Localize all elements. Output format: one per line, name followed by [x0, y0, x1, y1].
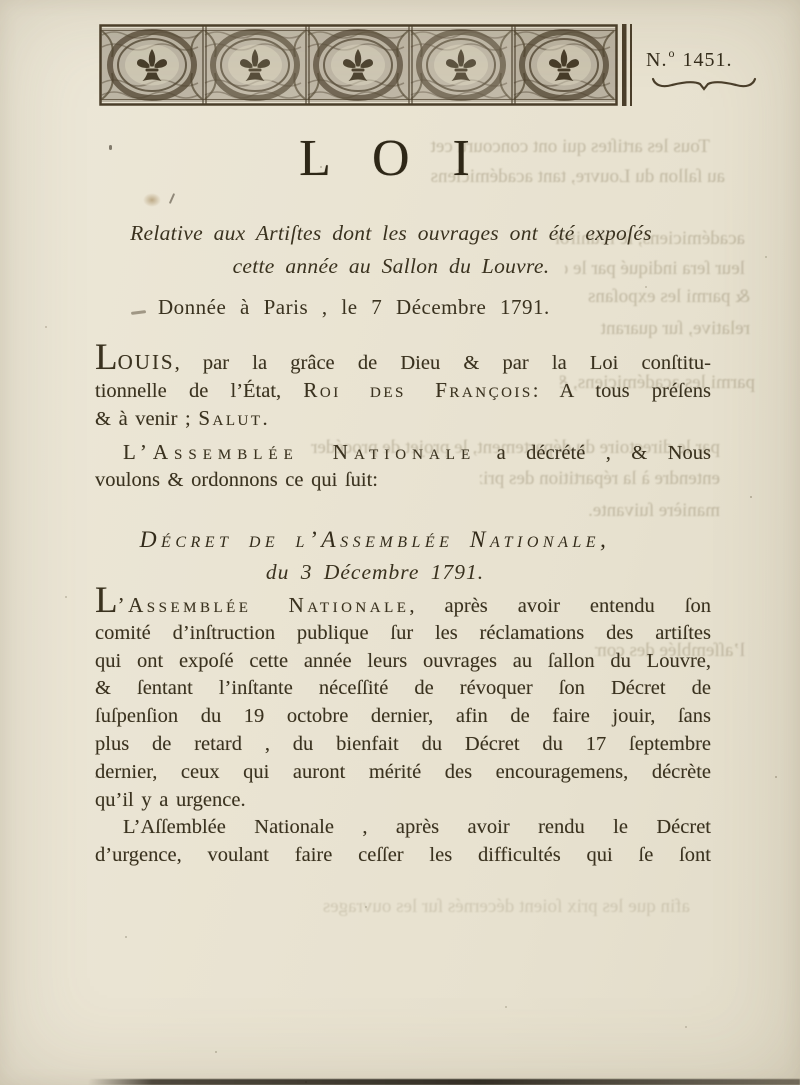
text-line: & ſentant l’inſtante néceſſité de révoqu…	[95, 675, 711, 703]
subtitle-line-1: Relative aux Artiſtes dont les ouvrages …	[83, 217, 699, 250]
decree-intro-paragraph: L’Assemblée Nationale a décrété , & Nous…	[95, 439, 711, 495]
text-run: & à venir ;	[95, 408, 198, 430]
smallcaps-run: L’Assemblée Nationale	[123, 440, 476, 464]
drop-cap: L	[95, 580, 118, 621]
bleedthrough-line: & parmi les expoſans ſeront choiſis	[585, 286, 750, 308]
text-run: tionnelle de l’État,	[95, 380, 303, 402]
text-run: a décrété , & Nous	[476, 442, 711, 464]
ink-dot	[109, 145, 112, 150]
text-line: voulons & ordonnons ce qui ſuit:	[95, 467, 711, 495]
bleedthrough-line: afin que les prix ſoient décernés ſur le…	[130, 896, 690, 918]
smallcaps-run: Roi des François	[303, 378, 532, 402]
smallcaps-run: ’Assemblée Nationale	[118, 593, 410, 617]
bleedthrough-line: manière ſuivante.	[560, 500, 720, 522]
text-run: , par la grâce de Dieu & par la Loi conſ…	[175, 352, 711, 374]
closing-paragraph: L’Aſſemblée Nationale , après avoir rend…	[95, 814, 711, 870]
text-line: L’Assemblée Nationale a décrété , & Nous	[95, 439, 711, 467]
text-line: L’Aſſemblée Nationale , après avoir rend…	[95, 814, 711, 842]
text-line: LOUIS, par la grâce de Dieu & par la Loi…	[95, 349, 711, 377]
text-line: d’urgence, voulant faire ceſſer les diff…	[95, 842, 711, 870]
text-line: dernier, ceux qui auront mérité des enco…	[95, 759, 711, 787]
drop-cap: L	[95, 337, 118, 378]
page-title: L O I	[0, 129, 784, 188]
text-run: .	[263, 408, 268, 430]
ornament-banner-fleur-de-lis	[99, 24, 640, 106]
bleedthrough-line: relative, ſur quarante commiſſaires pris…	[600, 318, 750, 340]
caps-run: OUIS	[118, 350, 175, 374]
decree-heading-line-1: Décret de l’Assemblée Nationale,	[67, 524, 683, 556]
dateline: Donnée à Paris , le 7 Décembre 1791.	[158, 295, 550, 320]
decree-body-paragraph: L’Assemblée Nationale, après avoir enten…	[95, 592, 711, 814]
text-line: comité d’inſtruction publique ſur les ré…	[95, 620, 711, 648]
document-scan: Tous les artiſtes qui ont concouru cette…	[0, 0, 800, 1085]
scan-edge	[88, 1079, 800, 1085]
subtitle: Relative aux Artiſtes dont les ouvrages …	[83, 217, 699, 283]
text-line: qu’il y a urgence.	[95, 787, 711, 815]
numero-ordinal: o	[668, 46, 675, 60]
numero-label: N.o1451.	[646, 46, 732, 72]
preamble-paragraph: LOUIS, par la grâce de Dieu & par la Loi…	[95, 349, 711, 432]
subtitle-line-2: cette année au Sallon du Louvre.	[83, 250, 699, 283]
numero-value: 1451.	[682, 49, 732, 71]
decree-heading: Décret de l’Assemblée Nationale, du 3 Dé…	[67, 524, 683, 588]
text-line: L’Assemblée Nationale, après avoir enten…	[95, 592, 711, 620]
text-run: : A tous préſens	[533, 380, 711, 402]
decree-heading-line-2: du 3 Décembre 1791.	[67, 556, 683, 588]
text-run: , après avoir entendu ſon	[409, 595, 711, 617]
numero-prefix: N.	[646, 49, 667, 71]
text-line: ſuſpenſion du 19 octobre dernier, afin d…	[95, 703, 711, 731]
text-line: qui ont expoſé cette année leurs ouvrage…	[95, 648, 711, 676]
numero-flourish-icon	[650, 74, 758, 96]
text-line: plus de retard , du bienfait du Décret d…	[95, 731, 711, 759]
stray-mark	[169, 193, 175, 204]
text-line: tionnelle de l’État, Roi des François: A…	[95, 377, 711, 405]
stray-dash-mark	[131, 310, 146, 314]
smallcaps-run: Salut	[198, 406, 262, 430]
text-line: & à venir ; Salut.	[95, 405, 711, 433]
ink-stain	[143, 193, 161, 207]
